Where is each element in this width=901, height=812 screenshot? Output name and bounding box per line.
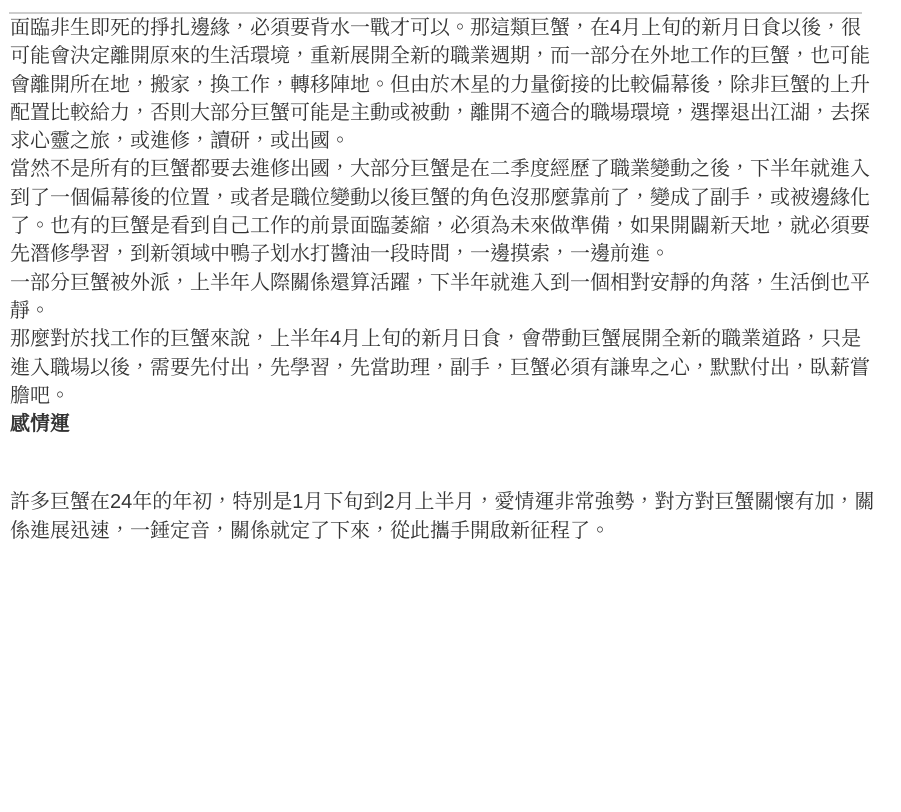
career-paragraph: 那麼對於找工作的巨蟹來說，上半年4月上旬的新月日食，會帶動巨蟹展開全新的職業道路… — [10, 325, 881, 410]
horoscope-article: 面臨非生即死的掙扎邊緣，必須要背水一戰才可以。那這類巨蟹，在4月上旬的新月日食以… — [0, 14, 881, 545]
career-paragraph: 面臨非生即死的掙扎邊緣，必須要背水一戰才可以。那這類巨蟹，在4月上旬的新月日食以… — [10, 14, 881, 155]
career-paragraph: 當然不是所有的巨蟹都要去進修出國，大部分巨蟹是在二季度經歷了職業變動之後，下半年… — [10, 155, 881, 268]
love-paragraph: 許多巨蟹在24年的年初，特別是1月下旬到2月上半月，愛情運非常強勢，對方對巨蟹關… — [10, 488, 881, 545]
career-paragraph: 一部分巨蟹被外派，上半年人際關係還算活躍，下半年就進入到一個相對安靜的角落，生活… — [10, 269, 881, 326]
section-heading-love: 感情運 — [10, 410, 881, 438]
